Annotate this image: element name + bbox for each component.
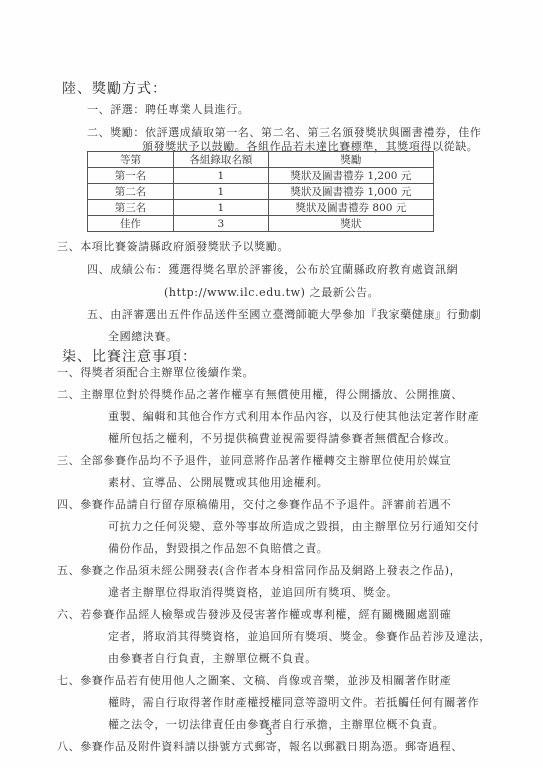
table-cell: 獎狀 [268, 216, 433, 232]
note-item-8: 八、參賽作品及附件資料請以掛號方式郵寄，報名以郵戳日期為憑。郵寄過程、 [57, 738, 463, 754]
page-number: 3 [266, 727, 272, 738]
note-item-3: 三、全部參賽作品均不予退件，並同意將作品著作權轉交主辦單位使用於媒宣 [57, 452, 451, 468]
award-item-4-cont: (http://www.ilc.edu.tw) 之最新公告。 [164, 284, 379, 300]
table-cell: 1 [173, 184, 268, 200]
note-item-3-cont: 素材、宣導品、公開展覽或其他用途權利。 [108, 474, 328, 490]
table-cell: 第一名 [88, 168, 174, 184]
note-item-7-cont: 權時，需自行取得著作財產權授權同意等證明文件。若抵觸任何有關著作 [108, 694, 479, 710]
table-row: 佳作 3 獎狀 [88, 216, 434, 232]
table-cell: 第三名 [88, 200, 174, 216]
table-row: 第三名 1 獎狀及圖書禮券 800 元 [88, 200, 434, 216]
section-heading-notes: 柒、比賽注意事項： [62, 346, 197, 366]
note-item-2: 二、主辦單位對於得獎作品之著作權享有無償使用權，得公開播放、公開推廣、 [57, 386, 463, 402]
note-item-7-cont: 權之法令，一切法律責任由參賽者自行承擔，主辦單位概不負責。 [108, 716, 444, 732]
table-header: 等第 [88, 152, 174, 168]
table-header: 各組錄取名額 [173, 152, 268, 168]
note-item-6: 六、若參賽作品經人檢舉或告發涉及侵害著作權或專利權，經有關機關處罰確 [57, 606, 451, 622]
table-header-row: 等第 各組錄取名額 獎勵 [88, 152, 434, 168]
note-item-7: 七、參賽作品若有使用他人之圖案、文稿、肖像或音樂，並涉及相關著作財產 [57, 672, 451, 688]
note-item-4-cont: 備份作品，對毀損之作品恕不負賠償之責。 [108, 540, 328, 556]
table-cell: 1 [173, 168, 268, 184]
award-item-3: 三、本項比賽簽請縣政府頒發獎狀予以獎勵。 [57, 238, 289, 254]
table-cell: 獎狀及圖書禮券 1,000 元 [268, 184, 433, 200]
section-heading-awards: 陸、獎勵方式： [62, 78, 167, 98]
table-cell: 獎狀及圖書禮券 1,200 元 [268, 168, 433, 184]
note-item-5: 五、參賽之作品須未經公開發表(含作者本身相當同作品及網路上發表之作品)， [57, 562, 461, 578]
note-item-6-cont: 由參賽者自行負責，主辦單位概不負責。 [108, 650, 317, 666]
table-row: 第一名 1 獎狀及圖書禮券 1,200 元 [88, 168, 434, 184]
award-item-4: 四、成績公布：獲選得獎名單於評審後，公布於宜蘭縣政府教育處資訊網 [87, 261, 458, 277]
note-item-4-cont: 可抗力之任何災變、意外等事故所造成之毀損，由主辦單位另行通知交付 [108, 518, 479, 534]
note-item-5-cont: 違者主辦單位得取消得獎資格，並追回所有獎項、獎金。 [108, 584, 398, 600]
award-item-5: 五、由評審選出五件作品送件至國立臺灣師範大學參加『我家藥健康』行動劇 [87, 306, 481, 322]
award-item-1: 一、評選：聘任專業人員進行。 [87, 101, 249, 117]
table-cell: 1 [173, 200, 268, 216]
document-page: 陸、獎勵方式： 一、評選：聘任專業人員進行。 二、獎勵：依評選成績取第一名、第二… [0, 0, 543, 768]
award-item-5-cont: 全國總決賽。 [108, 328, 178, 344]
note-item-4: 四、參賽作品請自行留存原稿備用，交付之參賽作品不予退件。評審前若遇不 [57, 496, 451, 512]
table-row: 第二名 1 獎狀及圖書禮券 1,000 元 [88, 184, 434, 200]
note-item-2-cont: 重製、編輯和其他合作方式利用本作品內容，以及行使其他法定著作財產 [108, 408, 479, 424]
table-header: 獎勵 [268, 152, 433, 168]
table-cell: 3 [173, 216, 268, 232]
award-table: 等第 各組錄取名額 獎勵 第一名 1 獎狀及圖書禮券 1,200 元 第二名 1… [87, 151, 434, 232]
note-item-1: 一、得獎者須配合主辦單位後續作業。 [57, 364, 254, 380]
note-item-2-cont: 權所包括之權利，不另提供稿費並視需要得請參賽者無償配合修改。 [108, 430, 456, 446]
note-item-6-cont: 定者，將取消其得獎資格，並追回所有獎項、獎金。參賽作品若涉及違法， [108, 628, 491, 644]
table-cell: 第二名 [88, 184, 174, 200]
table-cell: 佳作 [88, 216, 174, 232]
table-cell: 獎狀及圖書禮券 800 元 [268, 200, 433, 216]
